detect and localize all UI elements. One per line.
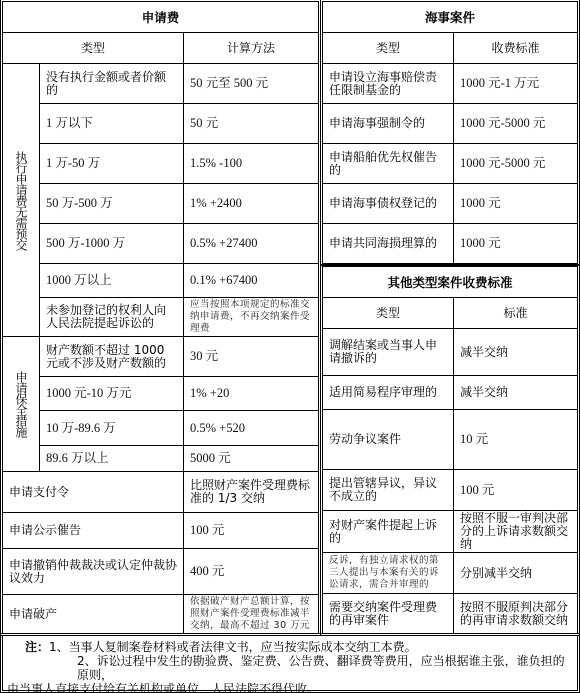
table-row-type: 1 万-50 万 xyxy=(40,144,184,184)
table-row-type: 申请撤销仲裁裁决或认定仲裁协议效力 xyxy=(3,549,184,595)
table-row-method: 50 元 xyxy=(184,104,318,144)
table-row-type: 需要交纳案件受理费的再审案件 xyxy=(323,594,454,633)
table-row-type: 对财产案件提起上诉的 xyxy=(323,511,454,553)
table-row-fee: 分别减半交纳 xyxy=(454,553,577,594)
table-row-method: 1% +2400 xyxy=(184,184,318,224)
table-row-type: 89.6 万以上 xyxy=(40,446,184,472)
table-row-fee: 按照不服原判决部分的再审请求数额交纳 xyxy=(454,594,577,633)
table-row-type: 劳动争议案件 xyxy=(323,410,454,470)
table-row-type: 申请共同海损理算的 xyxy=(323,224,454,263)
table-row-method: 400 元 xyxy=(184,549,318,595)
table-row-fee: 1000 元 xyxy=(454,184,577,224)
table-row-type: 提出管辖异议，异议不成立的 xyxy=(323,470,454,511)
table-row-fee: 按照不服一审判决部分的上诉请求数额交纳 xyxy=(454,511,577,553)
table-row-method: 0.5% +27400 xyxy=(184,224,318,264)
table-row-method: 应当按照本项规定的标准交纳申请费，不再交纳案件受理费 xyxy=(184,298,318,337)
table-row-method: 0.1% +67400 xyxy=(184,264,318,298)
table-row-type: 1000 元-10 万元 xyxy=(40,377,184,411)
table-row-type: 申请海事强制令的 xyxy=(323,104,454,144)
maritime-fee-table: 海事案件 类型 收费标准 申请设立海事赔偿责任限制基金的 1000 元-1 万元… xyxy=(322,1,578,264)
notes-label: 注： xyxy=(25,640,49,654)
note-text-1: 1、当事人复制案卷材料或者法律文书，应当按实际成本交纳工本费。 xyxy=(49,640,417,654)
table-row-fee: 1000 元-1 万元 xyxy=(454,64,577,104)
table-row-type: 适用简易程序审理的 xyxy=(323,376,454,410)
column-header-method: 计算方法 xyxy=(184,33,318,64)
table-title: 申请费 xyxy=(3,2,318,33)
table-row-method: 50 元至 500 元 xyxy=(184,64,318,104)
table-row-method: 1% +20 xyxy=(184,377,318,411)
table-row-type: 1000 万以上 xyxy=(40,264,184,298)
table-row-type: 申请设立海事赔偿责任限制基金的 xyxy=(323,64,454,104)
note-text-3: 由当事人直接支付给有关机构或单位，人民法院不得代收。 xyxy=(7,682,573,693)
column-header-fee: 收费标准 xyxy=(454,33,577,64)
table-row-type: 反诉，有独立请求权的第三人提出与本案有关的诉讼请求，需合并审理的 xyxy=(323,553,454,594)
table-row-method: 100 元 xyxy=(184,513,318,549)
table-row-method: 比照财产案件受理费标准的 1/3 交纳 xyxy=(184,472,318,513)
table-row-type: 申请海事债权登记的 xyxy=(323,184,454,224)
table-row-type: 申请支付令 xyxy=(3,472,184,513)
table-row-type: 1 万以下 xyxy=(40,104,184,144)
group-label-execution: 执行申请费无需预交 xyxy=(3,64,40,337)
table-row-type: 财产数额不超过 1000 元或不涉及财产数额的 xyxy=(40,337,184,377)
table-row-fee: 1000 元-5000 元 xyxy=(454,144,577,184)
note-text-2: 2、诉讼过程中发生的勘验费、鉴定费、公告费、翻译费等费用，应当根据谁主张，谁负担… xyxy=(7,654,573,682)
table-row-fee: 减半交纳 xyxy=(454,376,577,410)
table-title: 海事案件 xyxy=(323,2,577,33)
column-header-type: 类型 xyxy=(3,33,184,64)
table-title: 其他类型案件收费标准 xyxy=(323,267,577,298)
table-row-fee: 100 元 xyxy=(454,470,577,511)
table-row-type: 调解结案或当事人申请撤诉的 xyxy=(323,329,454,376)
column-header-type: 类型 xyxy=(323,33,454,64)
application-fee-table: 申请费 类型 计算方法 执行申请费无需预交 没有执行金额或者价额的 50 元至 … xyxy=(2,1,319,634)
table-row-fee: 1000 元 xyxy=(454,224,577,263)
notes-box: 注：1、当事人复制案卷材料或者法律文书，应当按实际成本交纳工本费。 2、诉讼过程… xyxy=(2,635,578,691)
table-row-type: 未参加登记的权利人向人民法院提起诉讼的 xyxy=(40,298,184,337)
table-row-type: 没有执行金额或者价额的 xyxy=(40,64,184,104)
group-label-preservation: 申请保全措施 xyxy=(3,337,40,472)
table-row-method: 1.5% -100 xyxy=(184,144,318,184)
table-row-method: 0.5% +520 xyxy=(184,411,318,446)
table-row-method: 30 元 xyxy=(184,337,318,377)
table-row-fee: 10 元 xyxy=(454,410,577,470)
table-row-type: 10 万-89.6 万 xyxy=(40,411,184,446)
table-row-fee: 1000 元-5000 元 xyxy=(454,104,577,144)
note-line-1: 注：1、当事人复制案卷材料或者法律文书，应当按实际成本交纳工本费。 xyxy=(7,640,573,654)
table-row-method: 5000 元 xyxy=(184,446,318,472)
table-row-type: 申请破产 xyxy=(3,595,184,633)
column-header-type: 类型 xyxy=(323,298,454,329)
table-row-type: 申请公示催告 xyxy=(3,513,184,549)
other-fee-table: 其他类型案件收费标准 类型 标准 调解结案或当事人申请撤诉的 减半交纳 适用简易… xyxy=(322,266,578,634)
table-row-type: 500 万-1000 万 xyxy=(40,224,184,264)
column-header-fee: 标准 xyxy=(454,298,577,329)
table-row-type: 50 万-500 万 xyxy=(40,184,184,224)
table-row-fee: 减半交纳 xyxy=(454,329,577,376)
table-row-type: 申请船舶优先权催告的 xyxy=(323,144,454,184)
table-row-method: 依据破产财产总额计算，按照财产案件受理费标准减半交纳，最高不超过 30 万元 xyxy=(184,595,318,633)
